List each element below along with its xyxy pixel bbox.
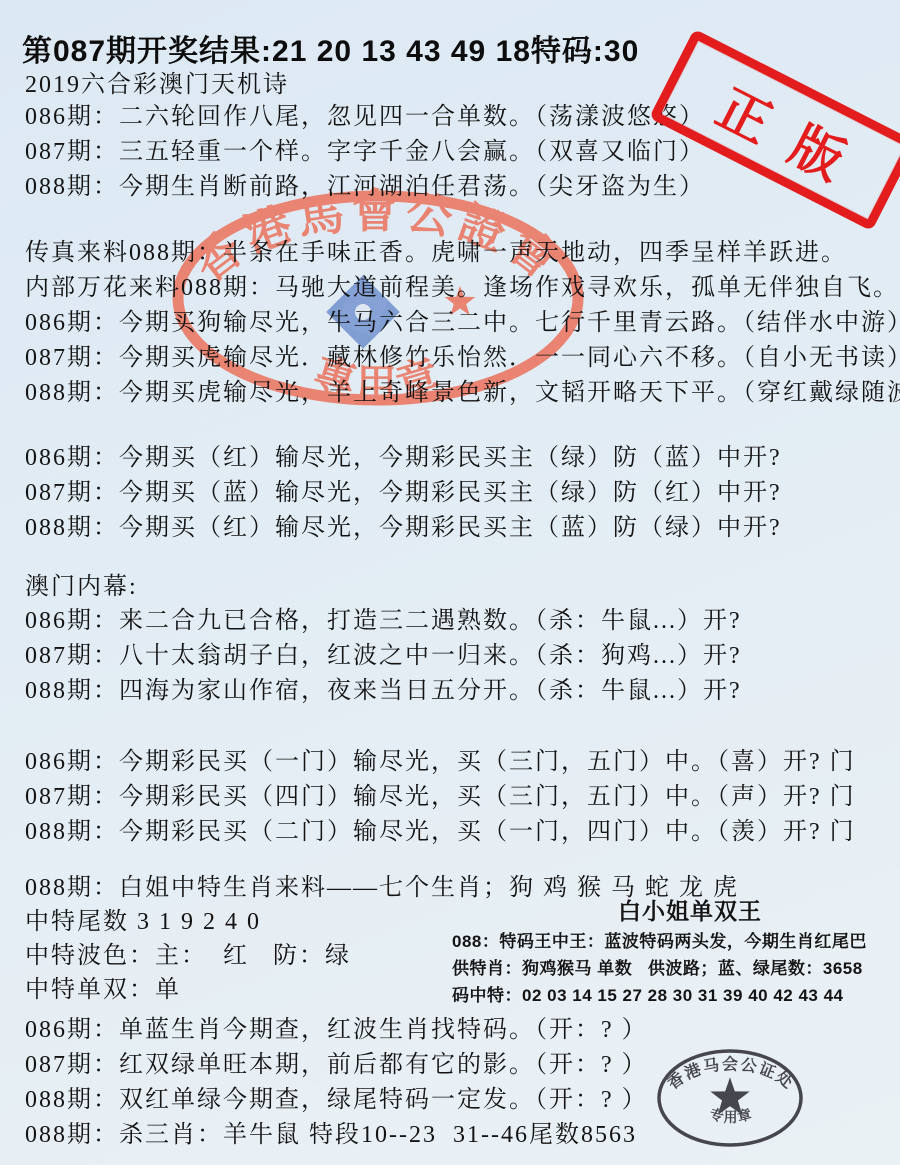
color-bet-line: 086期：今期买（红）输尽光，今期彩民买主（绿）防（蓝）中开? [25, 441, 782, 476]
color-bet-line: 087期：今期买（蓝）输尽光，今期彩民买主（绿）防（红）中开? [25, 476, 782, 511]
macau-insider-heading: 澳门内幕: [25, 570, 138, 605]
poem-line: 087期：三五轻重一个样。字字千金八会赢。（双喜又临门） [25, 135, 705, 170]
poem-line: 088期：今期生肖断前路，江河湖泊任君荡。（尖牙盗为生） [25, 170, 705, 205]
danshuangwang-line: 088：特码王中王：蓝波特码两头发，今期生肖红尾巴 [452, 928, 867, 955]
fax-line: 087期：今期买虎输尽光．藏林修竹乐怡然．一一同心六不移。（自小无书读） [25, 341, 900, 376]
door-bet-lines: 086期：今期彩民买（一门）输尽光，买（三门，五门）中。（喜）开? 门087期：… [25, 745, 856, 850]
danshuangwang-lines: 088：特码王中王：蓝波特码两头发，今期生肖红尾巴供特肖：狗鸡猴马 单数 供波路… [452, 928, 867, 1009]
bottom-tip-line: 087期：红双绿单旺本期，前后都有它的影。（开：? ） [25, 1048, 648, 1083]
fax-info-lines: 传真来料088期：半条在手味正香。虎啸一声天地动，四季呈样羊跃进。内部万花来料0… [25, 236, 900, 411]
color-bet-lines: 086期：今期买（红）输尽光，今期彩民买主（绿）防（蓝）中开?087期：今期买（… [25, 441, 782, 546]
poem-lines: 086期：二六轮回作八尾，忽见四一合单数。（荡漾波悠悠）087期：三五轻重一个样… [25, 100, 705, 205]
bottom-tip-line: 086期：单蓝生肖今期查，红波生肖找特码。（开：? ） [25, 1013, 648, 1048]
draw-result-title: 第087期开奖结果:21 20 13 43 49 18特码:30 [22, 26, 639, 70]
door-bet-line: 088期：今期彩民买（二门）输尽光，买（一门，四门）中。（羡）开? 门 [25, 815, 856, 850]
danshuangwang-title: 白小姐单双王 [553, 893, 827, 926]
bottom-tip-line: 088期：双红单绿今期查，绿尾特码一定发。（开：? ） [25, 1083, 648, 1118]
lottery-tip-sheet: 香港馬會公證會 專用章 第087期开奖结果:21 20 13 43 49 18特… [0, 0, 900, 1165]
fax-line: 内部万花来料088期：马驰大道前程美。逢场作戏寻欢乐，孤单无伴独自飞。 [25, 271, 900, 306]
fax-line: 086期：今期买狗输尽光，牛马六合三二中。七行千里青云路。（结伴水中游） [25, 306, 900, 341]
macau-line: 086期：来二合九已合格，打造三二遇熟数。（杀：牛鼠...）开? [25, 604, 742, 639]
danshuangwang-line: 码中特：02 03 14 15 27 28 30 31 39 40 42 43 … [452, 982, 867, 1009]
oval-notary-seal: 香港马会公证处 专用章 [650, 1042, 810, 1154]
fax-line: 传真来料088期：半条在手味正香。虎啸一声天地动，四季呈样羊跃进。 [25, 236, 900, 271]
door-bet-line: 087期：今期彩民买（四门）输尽光，买（三门，五门）中。（声）开? 门 [25, 780, 856, 815]
danshuangwang-line: 供特肖：狗鸡猴马 单数 供波路；蓝、绿尾数：3658 [452, 955, 867, 982]
bottom-tip-line: 088期：杀三肖：羊牛鼠 特段10--23 31--46尾数8563 [25, 1118, 648, 1153]
door-bet-line: 086期：今期彩民买（一门）输尽光，买（三门，五门）中。（喜）开? 门 [25, 745, 856, 780]
poem-line: 086期：二六轮回作八尾，忽见四一合单数。（荡漾波悠悠） [25, 100, 705, 135]
macau-line: 087期：八十太翁胡子白，红波之中一归来。（杀：狗鸡...）开? [25, 639, 742, 674]
fax-line: 088期：今期买虎输尽光，羊上奇峰景色新，文韬开略天下平。（穿红戴绿随波） [25, 376, 900, 411]
macau-line: 088期：四海为家山作宿，夜来当日五分开。（杀：牛鼠...）开? [25, 674, 742, 709]
poem-heading: 2019六合彩澳门天机诗 [25, 68, 289, 103]
color-bet-line: 088期：今期买（红）输尽光，今期彩民买主（蓝）防（绿）中开? [25, 511, 782, 546]
bottom-tip-lines: 086期：单蓝生肖今期查，红波生肖找特码。（开：? ）087期：红双绿单旺本期，… [25, 1013, 648, 1153]
macau-insider-lines: 086期：来二合九已合格，打造三二遇熟数。（杀：牛鼠...）开?087期：八十太… [25, 604, 742, 709]
oval-seal-arc-bottom-text: 专用章 [708, 1106, 754, 1126]
